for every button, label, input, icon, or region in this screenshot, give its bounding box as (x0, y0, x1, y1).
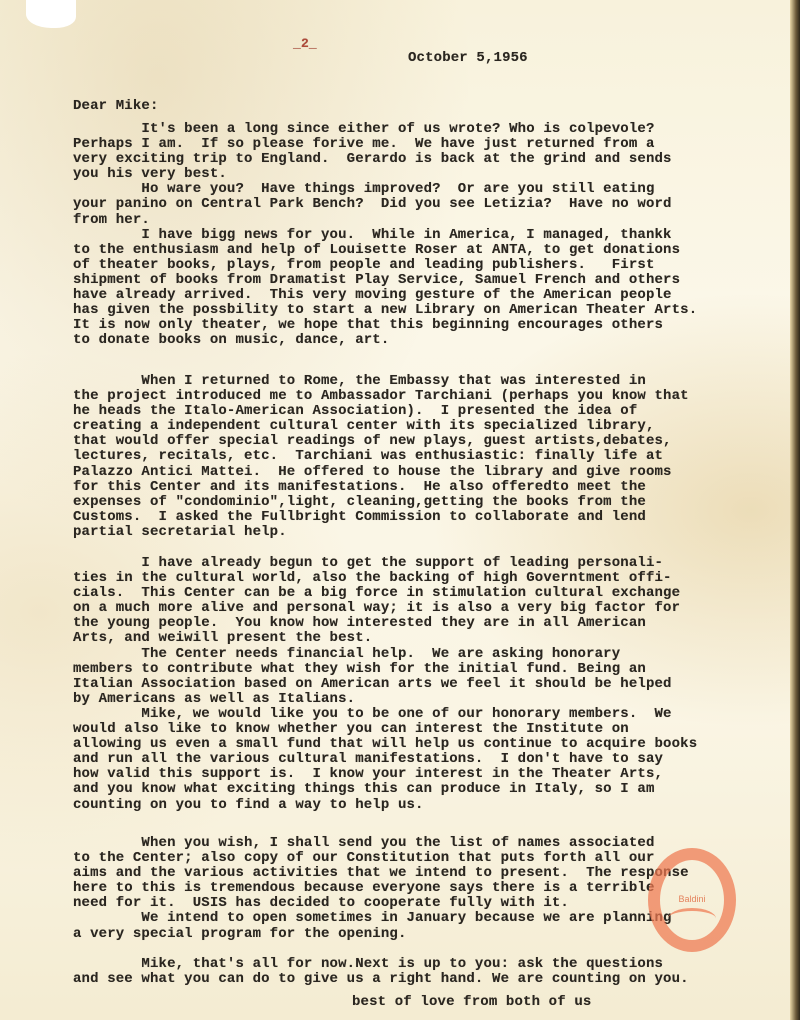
letter-date: October 5,1956 (408, 50, 528, 66)
text-line: for this Center and its manifestations. … (73, 480, 689, 495)
stamp-text: Baldini (660, 894, 724, 904)
paragraph-3: I have already begun to get the support … (73, 556, 697, 813)
paragraph-2: When I returned to Rome, the Embassy tha… (73, 374, 689, 540)
page-edge-shadow (790, 0, 800, 1020)
text-line: the project introduced me to Ambassador … (73, 389, 689, 404)
text-line: partial secretarial help. (73, 525, 689, 540)
paragraph-4: When you wish, I shall send you the list… (73, 836, 689, 942)
text-line: shipment of books from Dramatist Play Se… (73, 273, 697, 288)
paragraph-1: It's been a long since either of us wrot… (73, 122, 697, 348)
text-line: Mike, that's all for now.Next is up to y… (73, 957, 689, 972)
text-line: expenses of "condominio",light, cleaning… (73, 495, 689, 510)
text-line: Italian Association based on American ar… (73, 677, 697, 692)
text-line: When you wish, I shall send you the list… (73, 836, 689, 851)
text-line: and you know what exciting things this c… (73, 782, 697, 797)
text-line: by Americans as well as Italians. (73, 692, 697, 707)
text-line: to donate books on music, dance, art. (73, 333, 697, 348)
text-line: lectures, recitals, etc. Tarchiani was e… (73, 449, 689, 464)
text-line: Perhaps I am. If so please forive me. We… (73, 137, 697, 152)
text-line: I have bigg news for you. While in Ameri… (73, 228, 697, 243)
text-line: Mike, we would like you to be one of our… (73, 707, 697, 722)
closing-line: best of love from both of us (352, 994, 591, 1010)
text-line: Palazzo Antici Mattei. He offered to hou… (73, 465, 689, 480)
text-line: a very special program for the opening. (73, 927, 689, 942)
text-line: When I returned to Rome, the Embassy tha… (73, 374, 689, 389)
page-number: _2_ (293, 36, 317, 51)
text-line: and see what you can do to give us a rig… (73, 972, 689, 987)
text-line: from her. (73, 213, 697, 228)
text-line: Arts, and weiwill present the best. (73, 631, 697, 646)
text-line: would also like to know whether you can … (73, 722, 697, 737)
archive-stamp-icon: Baldini (648, 848, 736, 952)
text-line: It's been a long since either of us wrot… (73, 122, 697, 137)
text-line: ties in the cultural world, also the bac… (73, 571, 697, 586)
text-line: to the Center; also copy of our Constitu… (73, 851, 689, 866)
text-line: I have already begun to get the support … (73, 556, 697, 571)
text-line: counting on you to find a way to help us… (73, 798, 697, 813)
text-line: your panino on Central Park Bench? Did y… (73, 197, 697, 212)
punch-hole (26, 0, 76, 28)
text-line: has given the possbility to start a new … (73, 303, 697, 318)
stamp-b-mark (668, 908, 716, 929)
text-line: The Center needs financial help. We are … (73, 647, 697, 662)
text-line: to the enthusiasm and help of Louisette … (73, 243, 697, 258)
text-line: of theater books, plays, from people and… (73, 258, 697, 273)
paragraph-5: Mike, that's all for now.Next is up to y… (73, 957, 689, 987)
text-line: allowing us even a small fund that will … (73, 737, 697, 752)
salutation: Dear Mike: (73, 98, 159, 114)
text-line: We intend to open sometimes in January b… (73, 911, 689, 926)
letter-page: _2_ October 5,1956 Dear Mike: It's been … (0, 0, 790, 1020)
text-line: have already arrived. This very moving g… (73, 288, 697, 303)
text-line: Customs. I asked the Fullbright Commissi… (73, 510, 689, 525)
text-line: members to contribute what they wish for… (73, 662, 697, 677)
